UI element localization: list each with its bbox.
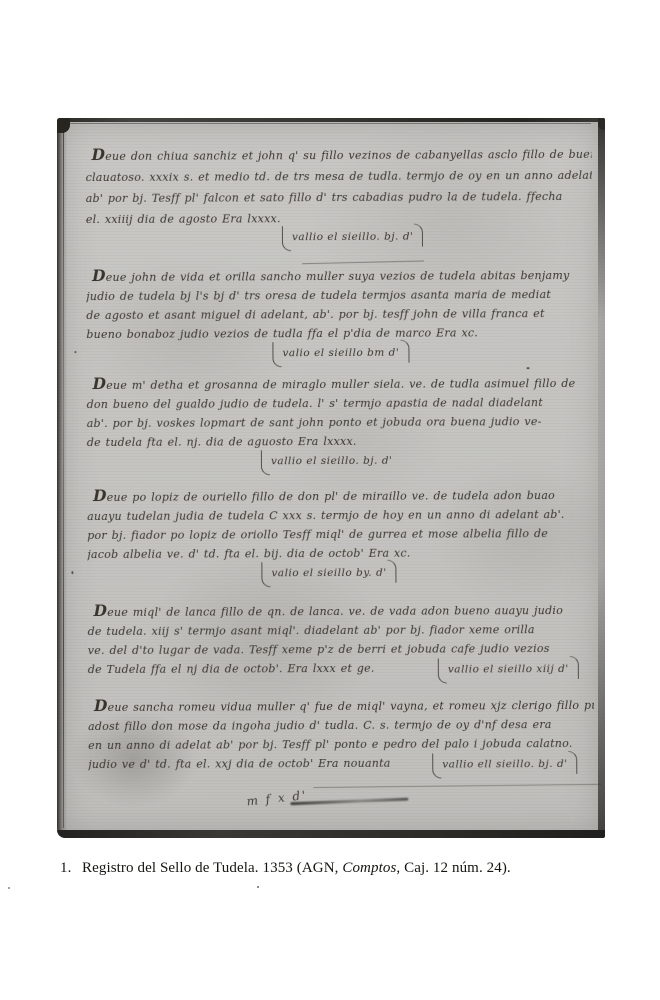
notary-mark: m f x d' <box>246 788 308 809</box>
seal-note: vallio el sieillo. bj. d' <box>284 230 420 246</box>
manuscript-line: el. xxiiij dia de agosto Era lxxxx. <box>86 207 592 230</box>
manuscript-line: Deue don chiua sanchiz et john q' su fil… <box>86 143 592 167</box>
manuscript-photo: Deue don chiua sanchiz et john q' su fil… <box>57 118 605 838</box>
manuscript-line: ve. del d'to lugar de vada. Tesff xeme p… <box>88 639 594 660</box>
manuscript-line: por bj. fiador po lopiz de oriollo Tesff… <box>87 524 593 545</box>
seal-note: valio el sieillo by. d' <box>263 566 392 582</box>
seal-note: vallio el sieillo. bj. d' <box>263 454 399 470</box>
manuscript-line: Deue john de vida et orilla sancho mulle… <box>86 265 592 287</box>
manuscript-line: de tudela. xiij s' termjo asant miql'. d… <box>88 620 594 641</box>
manuscript-line: Deue m' detha et grosanna de miraglo mul… <box>87 373 593 395</box>
manuscript-line: adost fillo don mose da ingoha judio d' … <box>88 715 594 736</box>
ink-stroke <box>302 261 424 265</box>
seal-note: vallio ell sieillo. bj. d' <box>434 757 573 773</box>
ink-speck <box>74 351 76 353</box>
manuscript-entry: Deue don chiua sanchiz et john q' su fil… <box>86 143 592 230</box>
ink-speck <box>527 367 530 369</box>
caption-text: , Caj. 12 núm. 24). <box>396 860 510 876</box>
handwriting-layer: Deue don chiua sanchiz et john q' su fil… <box>55 117 606 839</box>
figure-caption: 1.Registro del Sello de Tudela. 1353 (AG… <box>60 860 520 877</box>
caption-number: 1. <box>60 860 82 877</box>
book-page: Deue don chiua sanchiz et john q' su fil… <box>0 0 660 1000</box>
manuscript-line: auayu tudelan judia de tudela C xxx s. t… <box>87 505 593 526</box>
ink-stroke <box>313 784 601 788</box>
manuscript-line: de tudela fta el. nj. dia de aguosto Era… <box>87 431 593 452</box>
manuscript-line: Deue miql' de lanca fillo de qn. de lanc… <box>88 600 594 622</box>
caption-italic-text: Comptos <box>342 860 396 876</box>
manuscript-entry: Deue po lopiz de ouriello fillo de don p… <box>87 485 593 564</box>
manuscript-entry: Deue m' detha et grosanna de miraglo mul… <box>87 373 593 452</box>
page-speck <box>8 887 10 889</box>
ink-smudge <box>290 798 408 806</box>
manuscript-entry: Deue john de vida et orilla sancho mulle… <box>86 265 592 344</box>
seal-note: valio el sieillo bm d' <box>274 346 405 362</box>
manuscript-line: ab' por bj. Tesff pl' falcon et sato fil… <box>86 186 592 209</box>
manuscript-line: de agosto et asant miguel di adelant, ab… <box>86 304 592 325</box>
ink-speck <box>71 571 73 574</box>
manuscript-line: don bueno del gualdo judio de tudela. l'… <box>87 393 593 414</box>
manuscript-line: jacob albelia ve. d' td. fta el. bij. di… <box>87 543 593 564</box>
manuscript-line: Deue po lopiz de ouriello fillo de don p… <box>87 485 593 507</box>
caption-text: Registro del Sello de Tudela. 1353 (AGN, <box>82 860 342 876</box>
manuscript-line: judio de tudela bj l's bj d' trs oresa d… <box>86 285 592 306</box>
seal-note: vallio el sieillo xiij d' <box>440 662 575 678</box>
manuscript-line: en un anno di adelat ab' por bj. Tesff p… <box>88 734 594 755</box>
manuscript-line: clauatoso. xxxix s. et medio td. de trs … <box>86 165 592 188</box>
manuscript-line: bueno bonaboz judio vezios de tudla ffa … <box>86 323 592 344</box>
page-speck <box>257 886 259 888</box>
manuscript-line: Deue sancha romeu vidua muller q' fue de… <box>88 695 594 717</box>
manuscript-line: ab'. por bj. voskes lopmart de sant john… <box>87 412 593 433</box>
